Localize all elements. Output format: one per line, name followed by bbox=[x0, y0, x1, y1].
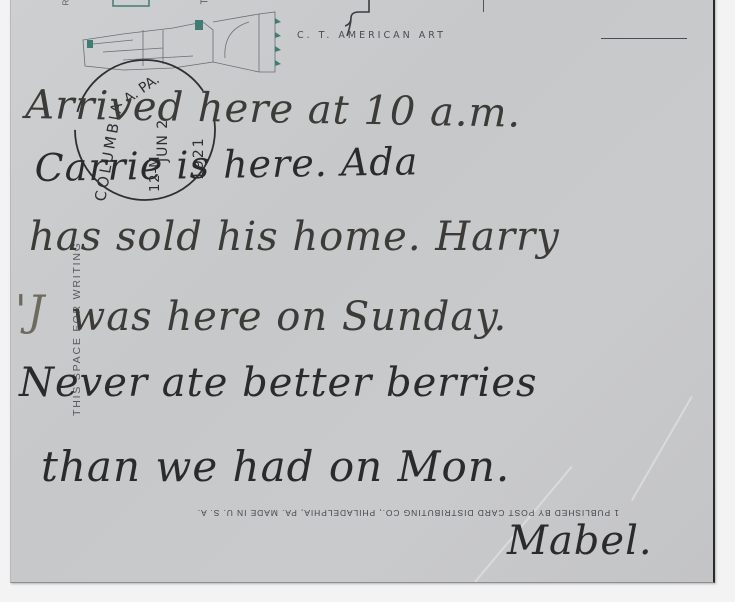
handwritten-line-4: was here on Sunday. bbox=[71, 294, 507, 340]
margin-mark: 'J bbox=[15, 286, 45, 335]
handwritten-line-6: than we had on Mon. bbox=[41, 442, 510, 491]
signature: Mabel. bbox=[507, 518, 653, 564]
handwritten-line-5: Never ate better berries bbox=[19, 360, 538, 406]
printed-divider-tick bbox=[483, 0, 484, 12]
handwritten-line-3: has sold his home. Harry bbox=[29, 214, 560, 260]
handwritten-line-2: Carrie is here. Ada bbox=[34, 139, 418, 190]
brand-underline bbox=[601, 38, 687, 39]
postcard: R T C. T. AMERICAN ART THIS SPACE FOR WR… bbox=[10, 0, 715, 583]
handwritten-line-1: Arrived here at 10 a.m. bbox=[25, 82, 522, 137]
publisher-line: 1 PUBLISHED BY POST CARD DISTRIBUTING CO… bbox=[99, 508, 619, 518]
brand-line: C. T. AMERICAN ART bbox=[297, 30, 446, 41]
paper-crease bbox=[631, 396, 693, 501]
